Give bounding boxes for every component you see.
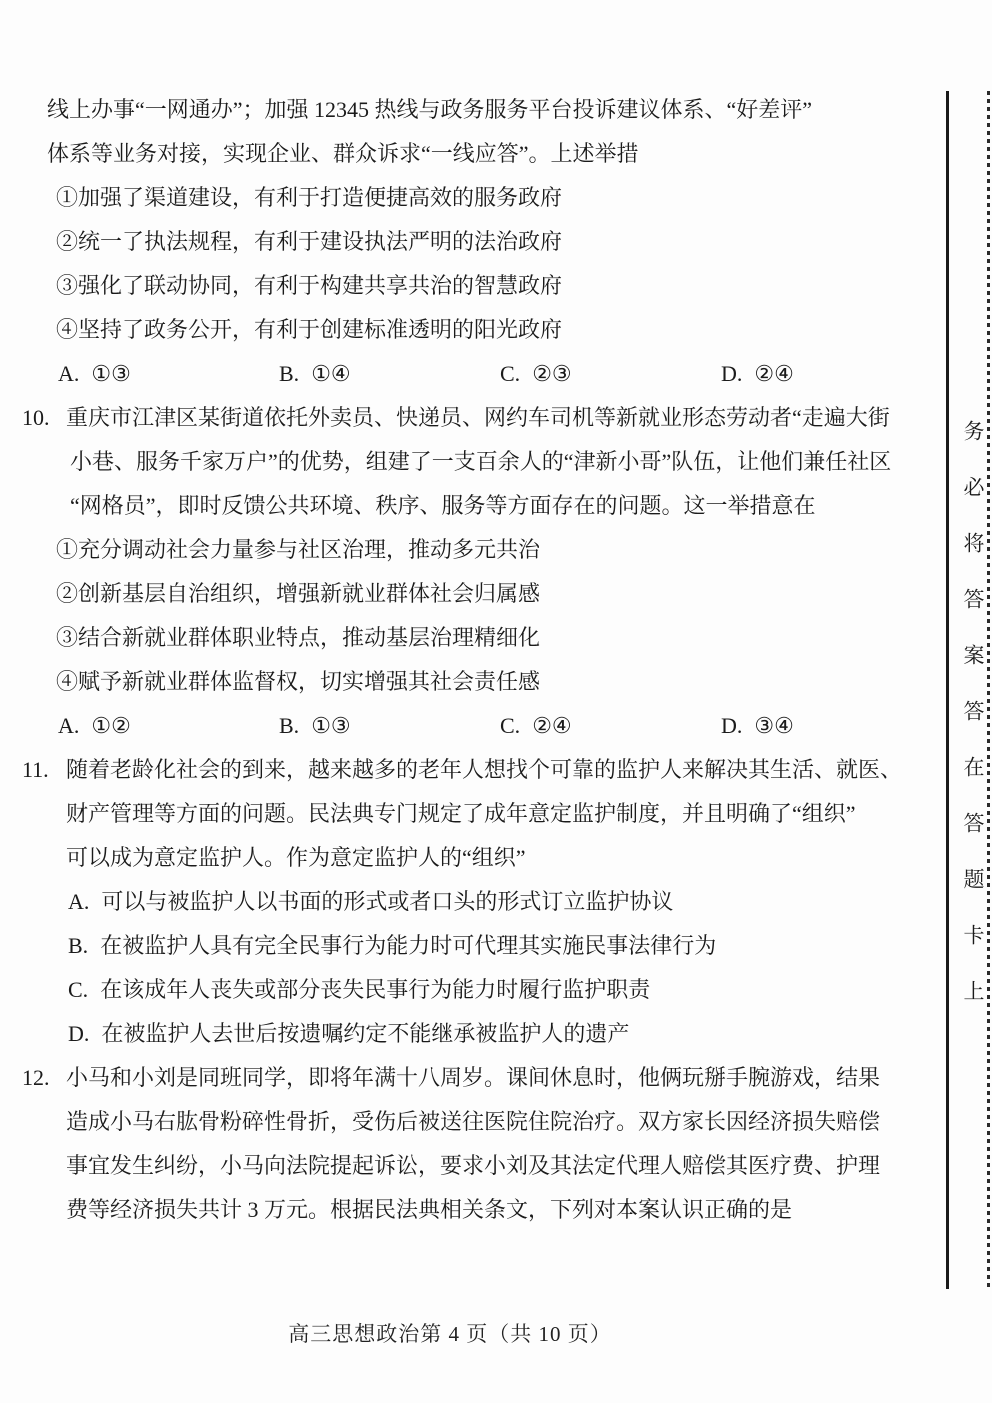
stem-text: 小马和小刘是同班同学，即将年满十八周岁。课间休息时，他俩玩掰手腕游戏，结果 [66, 1056, 880, 1100]
answer-notice-text: 务必将答案答在答题卡上 [954, 420, 988, 1036]
choice-value: ①③ [311, 713, 350, 738]
stem-line: 造成小马右肱骨粉碎性骨折，受伤后被送往医院住院治疗。双方家长因经济损失赔偿 [0, 1100, 920, 1144]
choice-row: A.①③ B.①④ C.②③ D.②④ [0, 352, 920, 396]
page-edge-dotted-rule [987, 91, 990, 1289]
choice-value: ②③ [532, 361, 571, 386]
option-label: C. [68, 968, 88, 1012]
question-number: 12. [22, 1056, 66, 1100]
item-line-4: ④坚持了政务公开，有利于创建标准透明的阳光政府 [0, 308, 920, 352]
stem-line: 事宜发生纠纷，小马向法院提起诉讼，要求小刘及其法定代理人赔偿其医疗费、护理 [0, 1144, 920, 1188]
choice-a: A.①② [58, 704, 279, 748]
option-line-a: A.可以与被监护人以书面的形式或者口头的形式订立监护协议 [0, 880, 920, 924]
choice-row: A.①② B.①③ C.②④ D.③④ [0, 704, 920, 748]
option-text: 可以与被监护人以书面的形式或者口头的形式订立监护协议 [101, 889, 673, 914]
choice-b: B.①③ [279, 704, 500, 748]
question-9-continuation: 线上办事“一网通办”；加强 12345 热线与政务服务平台投诉建议体系、“好差评… [0, 88, 920, 396]
item-line-1: ①加强了渠道建设，有利于打造便捷高效的服务政府 [0, 176, 920, 220]
exam-content-column: 线上办事“一网通办”；加强 12345 热线与政务服务平台投诉建议体系、“好差评… [0, 88, 920, 1232]
option-line-b: B.在被监护人具有完全民事行为能力时可代理其实施民事法律行为 [0, 924, 920, 968]
choice-value: ①③ [91, 361, 130, 386]
question-number: 10. [22, 396, 66, 440]
numbered-stem-line: 11. 随着老龄化社会的到来，越来越多的老年人想找个可靠的监护人来解决其生活、就… [0, 748, 920, 792]
choice-a: A.①③ [58, 352, 279, 396]
numbered-stem-line: 12. 小马和小刘是同班同学，即将年满十八周岁。课间休息时，他俩玩掰手腕游戏，结… [0, 1056, 920, 1100]
stem-text: 重庆市江津区某街道依托外卖员、快递员、网约车司机等新就业形态劳动者“走遍大街 [66, 396, 890, 440]
item-line-2: ②创新基层自治组织，增强新就业群体社会归属感 [0, 572, 920, 616]
choice-value: ①② [91, 713, 130, 738]
choice-label: B. [279, 352, 299, 396]
item-line-1: ①充分调动社会力量参与社区治理，推动多元共治 [0, 528, 920, 572]
choice-value: ③④ [754, 713, 793, 738]
item-line-4: ④赋予新就业群体监督权，切实增强其社会责任感 [0, 660, 920, 704]
choice-value: ②④ [532, 713, 571, 738]
option-line-c: C.在该成年人丧失或部分丧失民事行为能力时履行监护职责 [0, 968, 920, 1012]
exam-page: 线上办事“一网通办”；加强 12345 热线与政务服务平台投诉建议体系、“好差评… [0, 0, 992, 1403]
option-label: A. [68, 880, 89, 924]
choice-label: A. [58, 704, 79, 748]
option-line-d: D.在被监护人去世后按遗嘱约定不能继承被监护人的遗产 [0, 1012, 920, 1056]
stem-line: 体系等业务对接，实现企业、群众诉求“一线应答”。上述举措 [0, 132, 920, 176]
option-label: D. [68, 1012, 89, 1056]
choice-label: C. [500, 352, 520, 396]
item-line-3: ③强化了联动协同，有利于构建共享共治的智慧政府 [0, 264, 920, 308]
stem-line: 线上办事“一网通办”；加强 12345 热线与政务服务平台投诉建议体系、“好差评… [0, 88, 920, 132]
choice-label: B. [279, 704, 299, 748]
item-line-2: ②统一了执法规程，有利于建设执法严明的法治政府 [0, 220, 920, 264]
stem-text: 随着老龄化社会的到来，越来越多的老年人想找个可靠的监护人来解决其生活、就医、 [66, 748, 902, 792]
choice-label: C. [500, 704, 520, 748]
question-10: 10. 重庆市江津区某街道依托外卖员、快递员、网约车司机等新就业形态劳动者“走遍… [0, 396, 920, 748]
question-11: 11. 随着老龄化社会的到来，越来越多的老年人想找个可靠的监护人来解决其生活、就… [0, 748, 920, 1056]
option-text: 在被监护人具有完全民事行为能力时可代理其实施民事法律行为 [100, 933, 716, 958]
choice-value: ①④ [311, 361, 350, 386]
question-number: 11. [22, 748, 66, 792]
option-label: B. [68, 924, 88, 968]
choice-label: A. [58, 352, 79, 396]
choice-label: D. [721, 352, 742, 396]
stem-line: 可以成为意定监护人。作为意定监护人的“组织” [0, 836, 920, 880]
choice-c: C.②④ [500, 704, 721, 748]
choice-label: D. [721, 704, 742, 748]
choice-d: D.②④ [721, 352, 794, 396]
stem-line: 财产管理等方面的问题。民法典专门规定了成年意定监护制度，并且明确了“组织” [0, 792, 920, 836]
stem-line: “网格员”，即时反馈公共环境、秩序、服务等方面存在的问题。这一举措意在 [0, 484, 920, 528]
footer-page-label: 高三思想政治第 4 页（共 10 页） [0, 1318, 900, 1348]
numbered-stem-line: 10. 重庆市江津区某街道依托外卖员、快递员、网约车司机等新就业形态劳动者“走遍… [0, 396, 920, 440]
stem-line: 小巷、服务千家万户”的优势，组建了一支百余人的“津新小哥”队伍，让他们兼任社区 [0, 440, 920, 484]
option-text: 在被监护人去世后按遗嘱约定不能继承被监护人的遗产 [101, 1021, 629, 1046]
choice-c: C.②③ [500, 352, 721, 396]
choice-d: D.③④ [721, 704, 794, 748]
choice-value: ②④ [754, 361, 793, 386]
stem-line: 费等经济损失共计 3 万元。根据民法典相关条文，下列对本案认识正确的是 [0, 1188, 920, 1232]
choice-b: B.①④ [279, 352, 500, 396]
question-12: 12. 小马和小刘是同班同学，即将年满十八周岁。课间休息时，他俩玩掰手腕游戏，结… [0, 1056, 920, 1232]
option-text: 在该成年人丧失或部分丧失民事行为能力时履行监护职责 [100, 977, 650, 1002]
answer-notice-rule [946, 91, 949, 1289]
item-line-3: ③结合新就业群体职业特点，推动基层治理精细化 [0, 616, 920, 660]
